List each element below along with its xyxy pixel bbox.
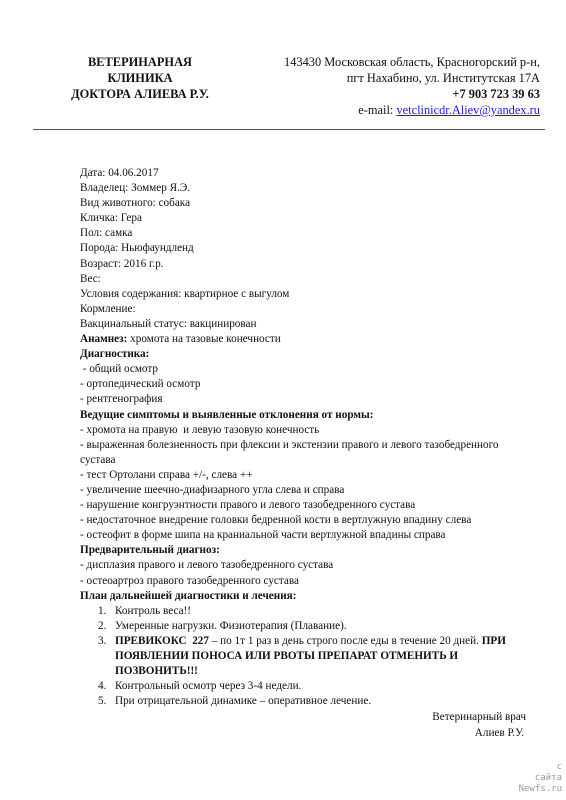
field-feeding: Кормление: [80,302,540,317]
address-line-1: 143430 Московская область, Красногорский… [284,54,540,70]
drug-name: ПРЕВИКОКС 227 [115,635,209,647]
email-link[interactable]: vetclinicdr.Aliev@yandex.ru [396,103,540,117]
email-label: e-mail: [358,103,396,117]
plan-list: 1.Контроль веса!! 2.Умеренные нагрузки. … [80,604,540,710]
plan-item: 2.Умеренные нагрузки. Физиотерапия (Плав… [80,619,540,634]
preliminary-diagnosis-title: Предварительный диагноз: [80,543,540,558]
symptoms-title: Ведущие симптомы и выявленные отклонения… [80,408,540,423]
diagnostics-item: - рентгенография [80,392,540,407]
anamnesis-text: хромота на тазовые конечности [127,333,280,345]
field-breed: Порода: Ньюфаундленд [80,241,540,256]
plan-item-number: 3. [98,634,106,649]
field-housing: Условия содержания: квартирное с выгулом [80,287,540,302]
plan-item-number: 5. [98,694,106,709]
watermark-line: с [519,762,562,773]
field-pet-name: Кличка: Гера [80,211,540,226]
field-age: Возраст: 2016 г.р. [80,257,540,272]
plan-title: План дальнейшей диагностики и лечения: [80,589,540,604]
field-weight: Вес: [80,272,540,287]
plan-item: 4.Контрольный осмотр через 3-4 недели. [80,679,540,694]
clinic-name-line-3: ДОКТОРА АЛИЕВА Р.У. [40,86,240,102]
symptom-item: - хромота на правую и левую тазовую коне… [80,423,540,438]
field-species: Вид животного: собака [80,196,540,211]
diagnostics-item: - ортопедический осмотр [80,377,540,392]
symptom-item: - остеофит в форме шипа на краниальной ч… [80,528,540,543]
symptom-item: - тест Ортолани справа +/-, слева ++ [80,468,540,483]
signature-name: Алиев Р.У. [432,725,526,741]
plan-item-number: 2. [98,619,106,634]
field-owner: Владелец: Зоммер Я.Э. [80,181,540,196]
plan-item-text: Контрольный осмотр через 3-4 недели. [115,680,301,692]
clinic-name: ВЕТЕРИНАРНАЯ КЛИНИКА ДОКТОРА АЛИЕВА Р.У. [40,54,240,102]
plan-item-number: 4. [98,679,106,694]
field-sex: Пол: самка [80,226,540,241]
diagnosis-item: - дисплазия правого и левого тазобедренн… [80,558,540,573]
anamnesis-label: Анамнез: [80,333,127,345]
diagnosis-item: - остеоартроз правого тазобедренного сус… [80,574,540,589]
clinic-name-line-1: ВЕТЕРИНАРНАЯ [40,54,240,70]
plan-item-text: При отрицательной динамике – оперативное… [115,695,371,707]
symptom-item: - недостаточное внедрение головки бедрен… [80,513,540,528]
symptom-item: - выраженная болезненность при флексии и… [80,438,530,468]
plan-item: 3.ПРЕВИКОКС 227 – по 1т 1 раз в день стр… [80,634,525,679]
diagnostics-title: Диагностика: [80,347,540,362]
document-body: Дата: 04.06.2017 Владелец: Зоммер Я.Э. В… [80,166,540,709]
symptom-item: - нарушение конгруэнтности правого и лев… [80,498,540,513]
signature-title: Ветеринарный врач [432,709,526,725]
plan-item: 1.Контроль веса!! [80,604,540,619]
plan-item-text: Контроль веса!! [115,605,191,617]
diagnostics-item: - общий осмотр [80,362,540,377]
header-divider [33,129,545,130]
field-vaccination: Вакцинальный статус: вакцинирован [80,317,540,332]
field-date: Дата: 04.06.2017 [80,166,540,181]
watermark-line: сайта [519,773,562,784]
watermark-line: Newfs.ru [519,784,562,795]
phone-number: +7 903 723 39 63 [284,86,540,102]
watermark: с сайта Newfs.ru [519,762,562,795]
clinic-contacts: 143430 Московская область, Красногорский… [284,54,540,118]
plan-item-number: 1. [98,604,106,619]
signature: Ветеринарный врач Алиев Р.У. [432,709,526,741]
symptom-item: - увеличение шеечно-диафизарного угла сл… [80,483,540,498]
plan-item-text: Умеренные нагрузки. Физиотерапия (Плаван… [115,620,347,632]
anamnesis: Анамнез: хромота на тазовые конечности [80,332,540,347]
email-row: e-mail: vetclinicdr.Aliev@yandex.ru [284,102,540,118]
clinic-name-line-2: КЛИНИКА [40,70,240,86]
plan-item-text: – по 1т 1 раз в день строго после еды в … [209,635,482,647]
plan-item: 5.При отрицательной динамике – оперативн… [80,694,540,709]
address-line-2: пгт Нахабино, ул. Институтская 17А [284,70,540,86]
